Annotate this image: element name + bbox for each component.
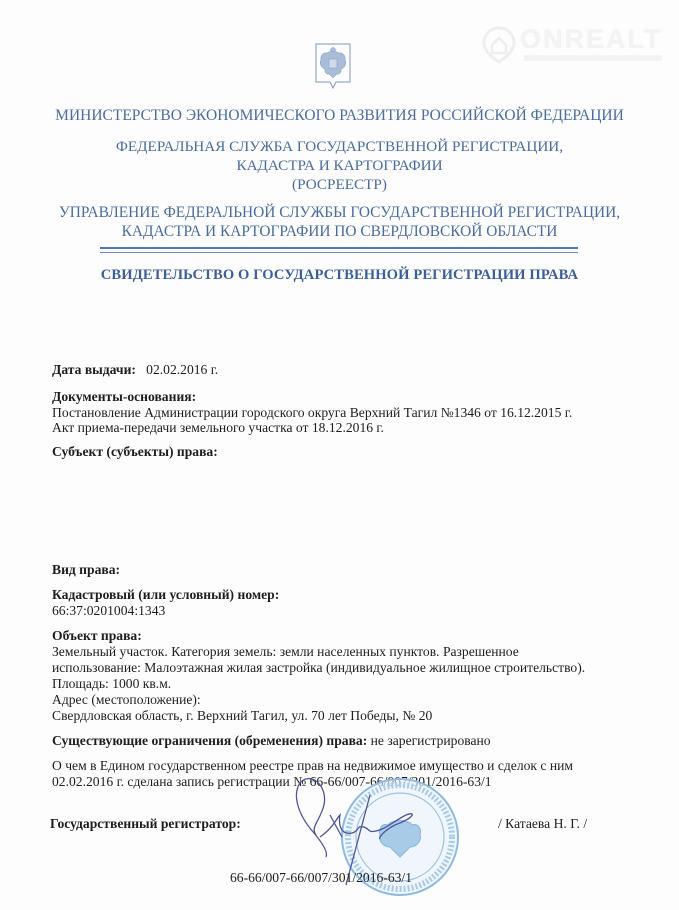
issue-date-label: Дата выдачи: xyxy=(52,362,136,377)
object-line-5: Свердловская область, г. Верхний Тагил, … xyxy=(52,708,432,724)
service-heading: ФЕДЕРАЛЬНАЯ СЛУЖБА ГОСУДАРСТВЕННОЙ РЕГИС… xyxy=(0,137,679,194)
object-line-2: использование: Малоэтажная жилая застрой… xyxy=(52,660,585,676)
object-label: Объект права: xyxy=(52,628,142,644)
header-divider-thick xyxy=(100,247,578,249)
basis-doc-1: Постановление Администрации городского о… xyxy=(52,405,572,421)
department-heading-line2: КАДАСТРА И КАРТОГРАФИИ ПО СВЕРДЛОВСКОЙ О… xyxy=(0,222,679,241)
basis-doc-2: Акт приема-передачи земельного участка о… xyxy=(52,420,384,436)
header-divider-thin xyxy=(100,252,578,253)
subjects-label: Субъект (субъекты) права: xyxy=(52,444,218,460)
certificate-page: ONREALT МИНИСТЕРСТВО ЭКОНОМИЧЕСКОГО РАЗВ… xyxy=(0,0,679,910)
cadastral-label: Кадастровый (или условный) номер: xyxy=(52,587,279,603)
record-number: 66-66/007-66/007/301/2016-63/1 xyxy=(230,870,412,886)
right-type-label: Вид права: xyxy=(52,562,120,578)
watermark-brand: ONREALT xyxy=(520,24,663,55)
ministry-heading: МИНИСТЕРСТВО ЭКОНОМИЧЕСКОГО РАЗВИТИЯ РОС… xyxy=(0,106,679,125)
service-heading-line1: ФЕДЕРАЛЬНАЯ СЛУЖБА ГОСУДАРСТВЕННОЙ РЕГИС… xyxy=(0,137,679,156)
service-heading-line3: (РОСРЕЕСТР) xyxy=(0,175,679,194)
object-line-4: Адрес (местоположение): xyxy=(52,692,201,708)
restrictions-field: Существующие ограничения (обременения) п… xyxy=(52,733,491,749)
restrictions-label: Существующие ограничения (обременения) п… xyxy=(52,733,367,748)
cadastral-number: 66:37:0201004:1343 xyxy=(52,603,165,619)
seal-and-signature xyxy=(290,775,460,910)
basis-docs-label: Документы-основания: xyxy=(52,389,196,405)
department-heading-line1: УПРАВЛЕНИЕ ФЕДЕРАЛЬНОЙ СЛУЖБЫ ГОСУДАРСТВ… xyxy=(0,203,679,222)
certificate-title: СВИДЕТЕЛЬСТВО О ГОСУДАРСТВЕННОЙ РЕГИСТРА… xyxy=(0,267,679,284)
russian-coat-of-arms-icon xyxy=(314,42,352,92)
watermark-tagline xyxy=(524,55,662,61)
registrar-name: / Катаева Н. Г. / xyxy=(498,816,587,832)
restrictions-value: не зарегистрировано xyxy=(371,733,491,748)
issue-date-value: 02.02.2016 г. xyxy=(146,362,218,377)
issue-date-field: Дата выдачи: 02.02.2016 г. xyxy=(52,362,218,378)
registry-line-1: О чем в Едином государственном реестре п… xyxy=(52,758,573,774)
object-line-3: Площадь: 1000 кв.м. xyxy=(52,676,171,692)
department-heading: УПРАВЛЕНИЕ ФЕДЕРАЛЬНОЙ СЛУЖБЫ ГОСУДАРСТВ… xyxy=(0,203,679,241)
service-heading-line2: КАДАСТРА И КАРТОГРАФИИ xyxy=(0,156,679,175)
watermark: ONREALT xyxy=(480,22,670,66)
object-line-1: Земельный участок. Категория земель: зем… xyxy=(52,644,519,660)
house-pin-icon xyxy=(482,26,516,64)
registrar-label: Государственный регистратор: xyxy=(50,816,241,832)
